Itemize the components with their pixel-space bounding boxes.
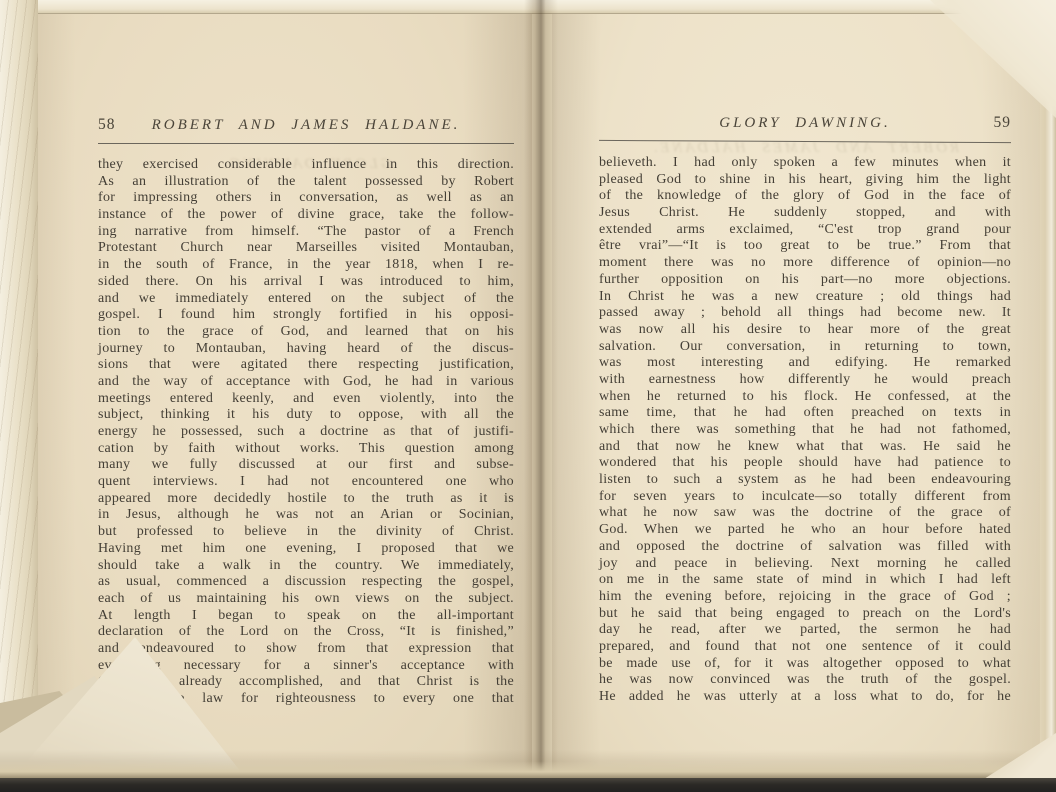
text-line: energy he possessed, such a doctrine as … (98, 424, 514, 441)
text-line: should take a walk in the country. We im… (98, 558, 514, 575)
text-line: many we fully discussed at our first and… (98, 457, 514, 474)
text-line: but he said that being engaged to preach… (599, 606, 1011, 623)
text-line: moment there was no more difference of o… (599, 255, 1011, 272)
text-line: when he returned to his flock. He confes… (599, 389, 1011, 406)
left-page-text: they exercised considerable influence in… (98, 157, 514, 708)
text-line: and the way of acceptance with God, he h… (98, 374, 514, 391)
text-line: instance of the power of divine grace, t… (98, 207, 514, 224)
text-line: as usual, commenced a discussion respect… (98, 574, 514, 591)
text-line: In Christ he was a new creature ; old th… (599, 289, 1011, 306)
text-line: joy and peace in believing. Next morning… (599, 556, 1011, 573)
right-page-text: believeth. I had only spoken a few minut… (599, 155, 1011, 706)
page-stack-bottom-edge (0, 750, 1056, 778)
text-line: listen to such a system as he had been e… (599, 472, 1011, 489)
text-line: Having met him one evening, I proposed t… (98, 541, 514, 558)
text-line: gospel. I found him strongly fortified i… (98, 307, 514, 324)
text-line: they exercised considerable influence in… (98, 157, 514, 174)
text-line: on me in the same state of mind in which… (599, 572, 1011, 589)
text-line: quent interviews. I had not encountered … (98, 474, 514, 491)
text-line: and we immediately entered on the subjec… (98, 291, 514, 308)
text-line: of the knowledge of the glory of God in … (599, 188, 1011, 205)
text-line: same time, that he had often preached on… (599, 405, 1011, 422)
text-line: extended arms exclaimed, “C'est trop gra… (599, 222, 1011, 239)
right-running-header: GLORY DAWNING. (645, 115, 965, 132)
left-page-header: 58 ROBERT AND JAMES HALDANE. (98, 116, 514, 134)
text-line: believeth. I had only spoken a few minut… (599, 155, 1011, 172)
text-line: He added he was utterly at a loss what t… (599, 689, 1011, 706)
text-line: further opposition on his part—no more o… (599, 272, 1011, 289)
text-line: journey to Montauban, having heard of th… (98, 341, 514, 358)
text-line: salvation. Our conversation, in returnin… (599, 339, 1011, 356)
text-line: God. When we parted he who an hour befor… (599, 522, 1011, 539)
left-running-header: ROBERT AND JAMES HALDANE. (144, 117, 468, 134)
text-line: which there was something that he had no… (599, 422, 1011, 439)
right-page-header: GLORY DAWNING. 59 (599, 114, 1011, 132)
text-line: what he now saw was the doctrine of the … (599, 505, 1011, 522)
text-line: meetings entered keenly, and even violen… (98, 391, 514, 408)
text-line: ing narrative from himself. “The pastor … (98, 224, 514, 241)
right-header-rule (599, 140, 1011, 143)
text-line: was now all his desire to hear more of t… (599, 322, 1011, 339)
text-line: tion to the grace of God, and learned th… (98, 324, 514, 341)
text-line: him the evening before, rejoicing in the… (599, 589, 1011, 606)
text-line: in Jesus, although he was not an Arian o… (98, 507, 514, 524)
text-line: être vrai”—“It is too great to be true.”… (599, 238, 1011, 255)
open-book-photo: GLORY DAWNING. 58 ROBERT AND JAMES HALDA… (0, 0, 1056, 792)
text-line: Jesus Christ. He suddenly stopped, and w… (599, 205, 1011, 222)
text-line: subject, thinking it his duty to oppose,… (98, 407, 514, 424)
text-line: and opposed the doctrine of salvation wa… (599, 539, 1011, 556)
right-page-number: 59 (965, 114, 1011, 132)
gutter-shadow (524, 0, 558, 792)
text-line: passed away ; behold all things had beco… (599, 305, 1011, 322)
text-line: for impressing others in conversation, a… (98, 190, 514, 207)
book-cover-edge (0, 778, 1056, 792)
text-line: Protestant Church near Marseilles visite… (98, 240, 514, 257)
text-line: in the south of France, in the year 1818… (98, 257, 514, 274)
text-line: be made use of, for it was altogether op… (599, 656, 1011, 673)
left-header-rule (98, 143, 514, 144)
text-line: pleased God to shine in his heart, givin… (599, 172, 1011, 189)
text-line: but professed to believe in the divinity… (98, 524, 514, 541)
left-page-number: 58 (98, 116, 144, 134)
text-line: As an illustration of the talent possess… (98, 174, 514, 191)
text-line: day he read, after we parted, the sermon… (599, 622, 1011, 639)
text-line: with earnestness how differently he woul… (599, 372, 1011, 389)
text-line: for seven years to inculcate—so totally … (599, 489, 1011, 506)
text-line: At length I began to speak on the all-im… (98, 608, 514, 625)
text-line: he was now convinced was the truth of th… (599, 672, 1011, 689)
text-line: wondered that his people should have had… (599, 455, 1011, 472)
right-page-content: GLORY DAWNING. 59 believeth. I had only … (552, 8, 1040, 778)
text-line: appeared more decidedly hostile to the t… (98, 491, 514, 508)
page-stack-right-edge (1038, 0, 1056, 792)
text-line: and that now he knew what that was. He s… (599, 439, 1011, 456)
text-line: sions that were agitated there respectin… (98, 357, 514, 374)
text-line: each of us maintaining his own views on … (98, 591, 514, 608)
right-page: ROBERT AND JAMES HALDANE. GLORY DAWNING.… (552, 8, 1040, 778)
text-line: cation by faith without works. This ques… (98, 441, 514, 458)
text-line: sided there. On his arrival I was introd… (98, 274, 514, 291)
text-line: prepared, and found that not one sentenc… (599, 639, 1011, 656)
text-line: was most interesting and edifying. He re… (599, 355, 1011, 372)
